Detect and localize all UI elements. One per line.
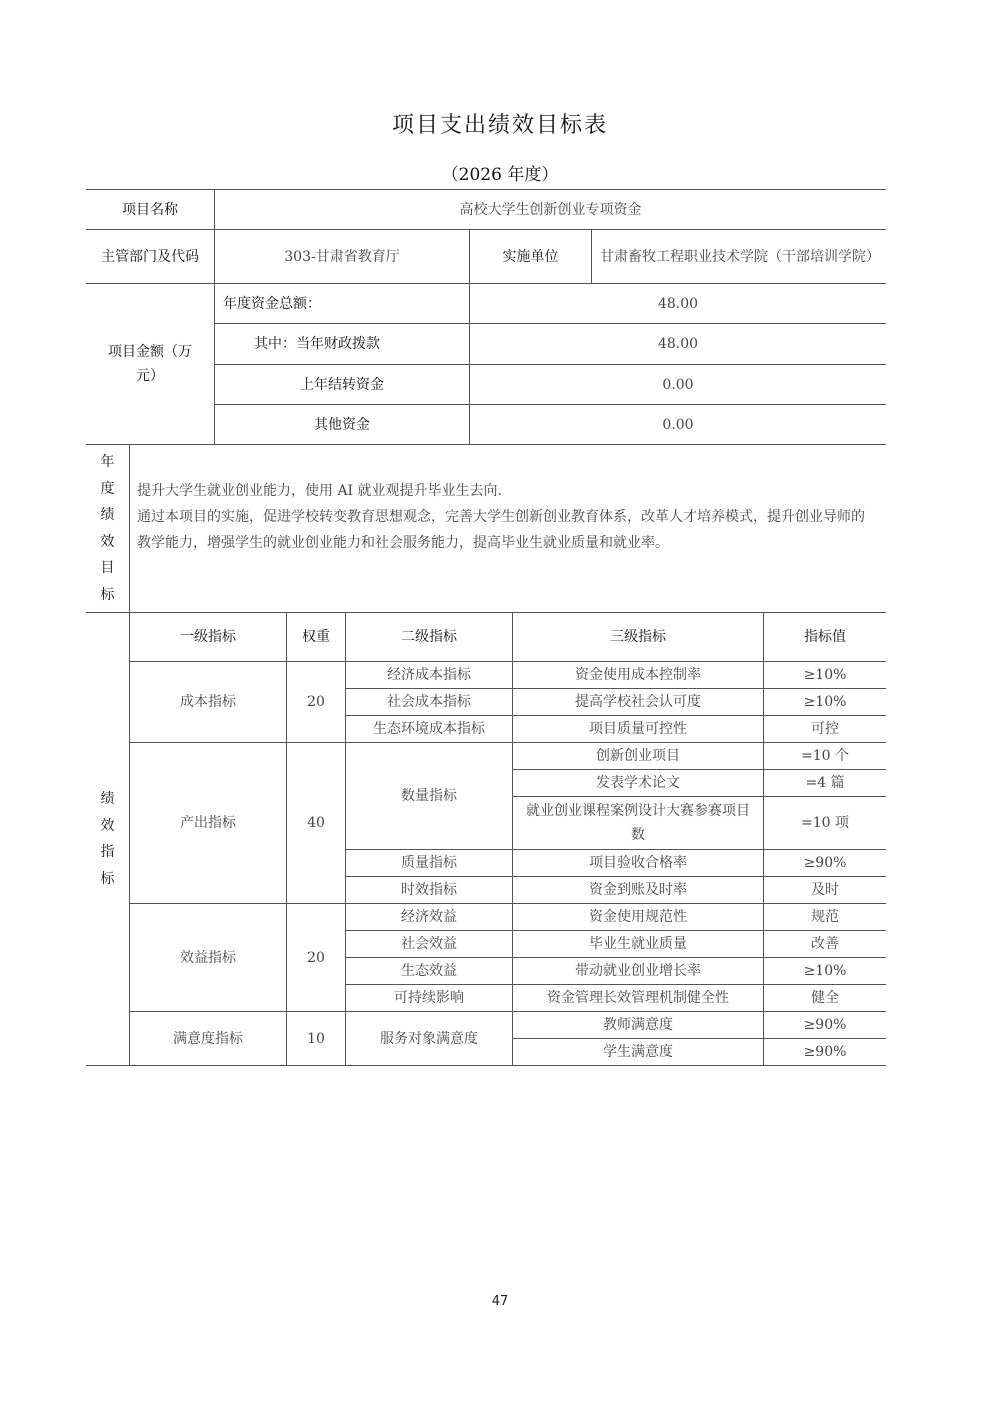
level3-item: 带动就业创业增长率 (513, 958, 763, 984)
amount-other-value: 0.00 (470, 405, 886, 444)
level3-item: 项目质量可控性 (513, 716, 763, 742)
weight-output: 40 (287, 743, 345, 903)
rule-v (591, 229, 592, 283)
goal-line-1: 提升大学生就业创业能力，使用 AI 就业观提升毕业生去向. (137, 478, 877, 504)
level3-item: 资金到账及时率 (513, 877, 763, 903)
level3-item: 就业创业课程案例设计大赛参赛项目数 (513, 797, 763, 849)
level1-satisfaction: 满意度指标 (130, 1012, 286, 1065)
amount-carryover-label: 上年结转资金 (215, 365, 469, 404)
indicator-value: ≥90% (764, 1012, 886, 1038)
header-value: 指标值 (764, 613, 886, 661)
level3-item: 资金使用成本控制率 (513, 662, 763, 688)
project-name-value: 高校大学生创新创业专项资金 (215, 190, 886, 229)
level3-item: 提高学校社会认可度 (513, 689, 763, 715)
indicator-value: =10 项 (764, 797, 886, 849)
goal-line-2: 通过本项目的实施，促进学校转变教育思想观念，完善大学生创新创业教育体系，改革人才… (137, 504, 877, 556)
amount-total-label: 年度资金总额： (218, 284, 468, 323)
annual-goal-text: 提升大学生就业创业能力，使用 AI 就业观提升毕业生去向. 通过本项目的实施，促… (137, 478, 877, 556)
level3-item: 学生满意度 (513, 1039, 763, 1065)
indicator-value: ≥10% (764, 689, 886, 715)
level3-item: 毕业生就业质量 (513, 931, 763, 957)
header-level2: 二级指标 (346, 613, 512, 661)
level2-item: 质量指标 (346, 850, 512, 876)
indicator-value: 规范 (764, 904, 886, 930)
level2-item: 社会成本指标 (346, 689, 512, 715)
header-level3: 三级指标 (513, 613, 763, 661)
indicator-value: ≥10% (764, 958, 886, 984)
amount-carryover-value: 0.00 (470, 365, 886, 404)
amount-label: 项目金额（万元） (92, 284, 208, 444)
rule (86, 444, 886, 445)
indicator-value: 及时 (764, 877, 886, 903)
level1-cost: 成本指标 (130, 662, 286, 742)
level1-benefit: 效益指标 (130, 904, 286, 1011)
indicator-value: =4 篇 (764, 770, 886, 796)
level2-item: 经济成本指标 (346, 662, 512, 688)
annual-goal-label: 年 度 绩 效 目 标 (86, 445, 129, 612)
level3-item: 项目验收合格率 (513, 850, 763, 876)
project-name-label: 项目名称 (86, 190, 214, 229)
level2-item: 数量指标 (346, 743, 512, 849)
level2-item: 时效指标 (346, 877, 512, 903)
level3-item: 发表学术论文 (513, 770, 763, 796)
dept-label: 主管部门及代码 (86, 230, 214, 283)
amount-total-value: 48.00 (470, 284, 886, 323)
dept-value: 303-甘肃省教育厅 (215, 230, 469, 283)
indicator-value: 可控 (764, 716, 886, 742)
impl-unit-value: 甘肃畜牧工程职业技术学院（干部培训学院） (594, 230, 884, 283)
amount-fiscal-value: 48.00 (470, 324, 886, 364)
amount-other-label: 其他资金 (215, 405, 469, 444)
weight-benefit: 20 (287, 904, 345, 1011)
level3-item: 创新创业项目 (513, 743, 763, 769)
level2-item: 生态环境成本指标 (346, 716, 512, 742)
page-subtitle: （2026 年度） (0, 160, 1000, 185)
level3-item: 资金管理长效管理机制健全性 (513, 985, 763, 1011)
level2-item: 生态效益 (346, 958, 512, 984)
level3-item: 教师满意度 (513, 1012, 763, 1038)
header-level1: 一级指标 (130, 613, 286, 661)
weight-cost: 20 (287, 662, 345, 742)
impl-unit-label: 实施单位 (470, 230, 591, 283)
indicator-value: =10 个 (764, 743, 886, 769)
page-title: 项目支出绩效目标表 (0, 108, 1000, 139)
indicator-value: ≥90% (764, 1039, 886, 1065)
rule-bottom (86, 1065, 886, 1066)
level2-item: 经济效益 (346, 904, 512, 930)
level2-item: 社会效益 (346, 931, 512, 957)
indicator-value: ≥90% (764, 850, 886, 876)
indicator-value: ≥10% (764, 662, 886, 688)
level1-output: 产出指标 (130, 743, 286, 903)
indicator-value: 改善 (764, 931, 886, 957)
weight-satisfaction: 10 (287, 1012, 345, 1065)
indicators-label: 绩 效 指 标 (86, 613, 129, 1065)
indicator-value: 健全 (764, 985, 886, 1011)
page-number: 47 (0, 1294, 1000, 1309)
level2-item: 服务对象满意度 (346, 1012, 512, 1065)
level3-item: 资金使用规范性 (513, 904, 763, 930)
amount-fiscal-label: 其中：当年财政拨款 (218, 324, 468, 364)
header-weight: 权重 (287, 613, 345, 661)
level2-item: 可持续影响 (346, 985, 512, 1011)
